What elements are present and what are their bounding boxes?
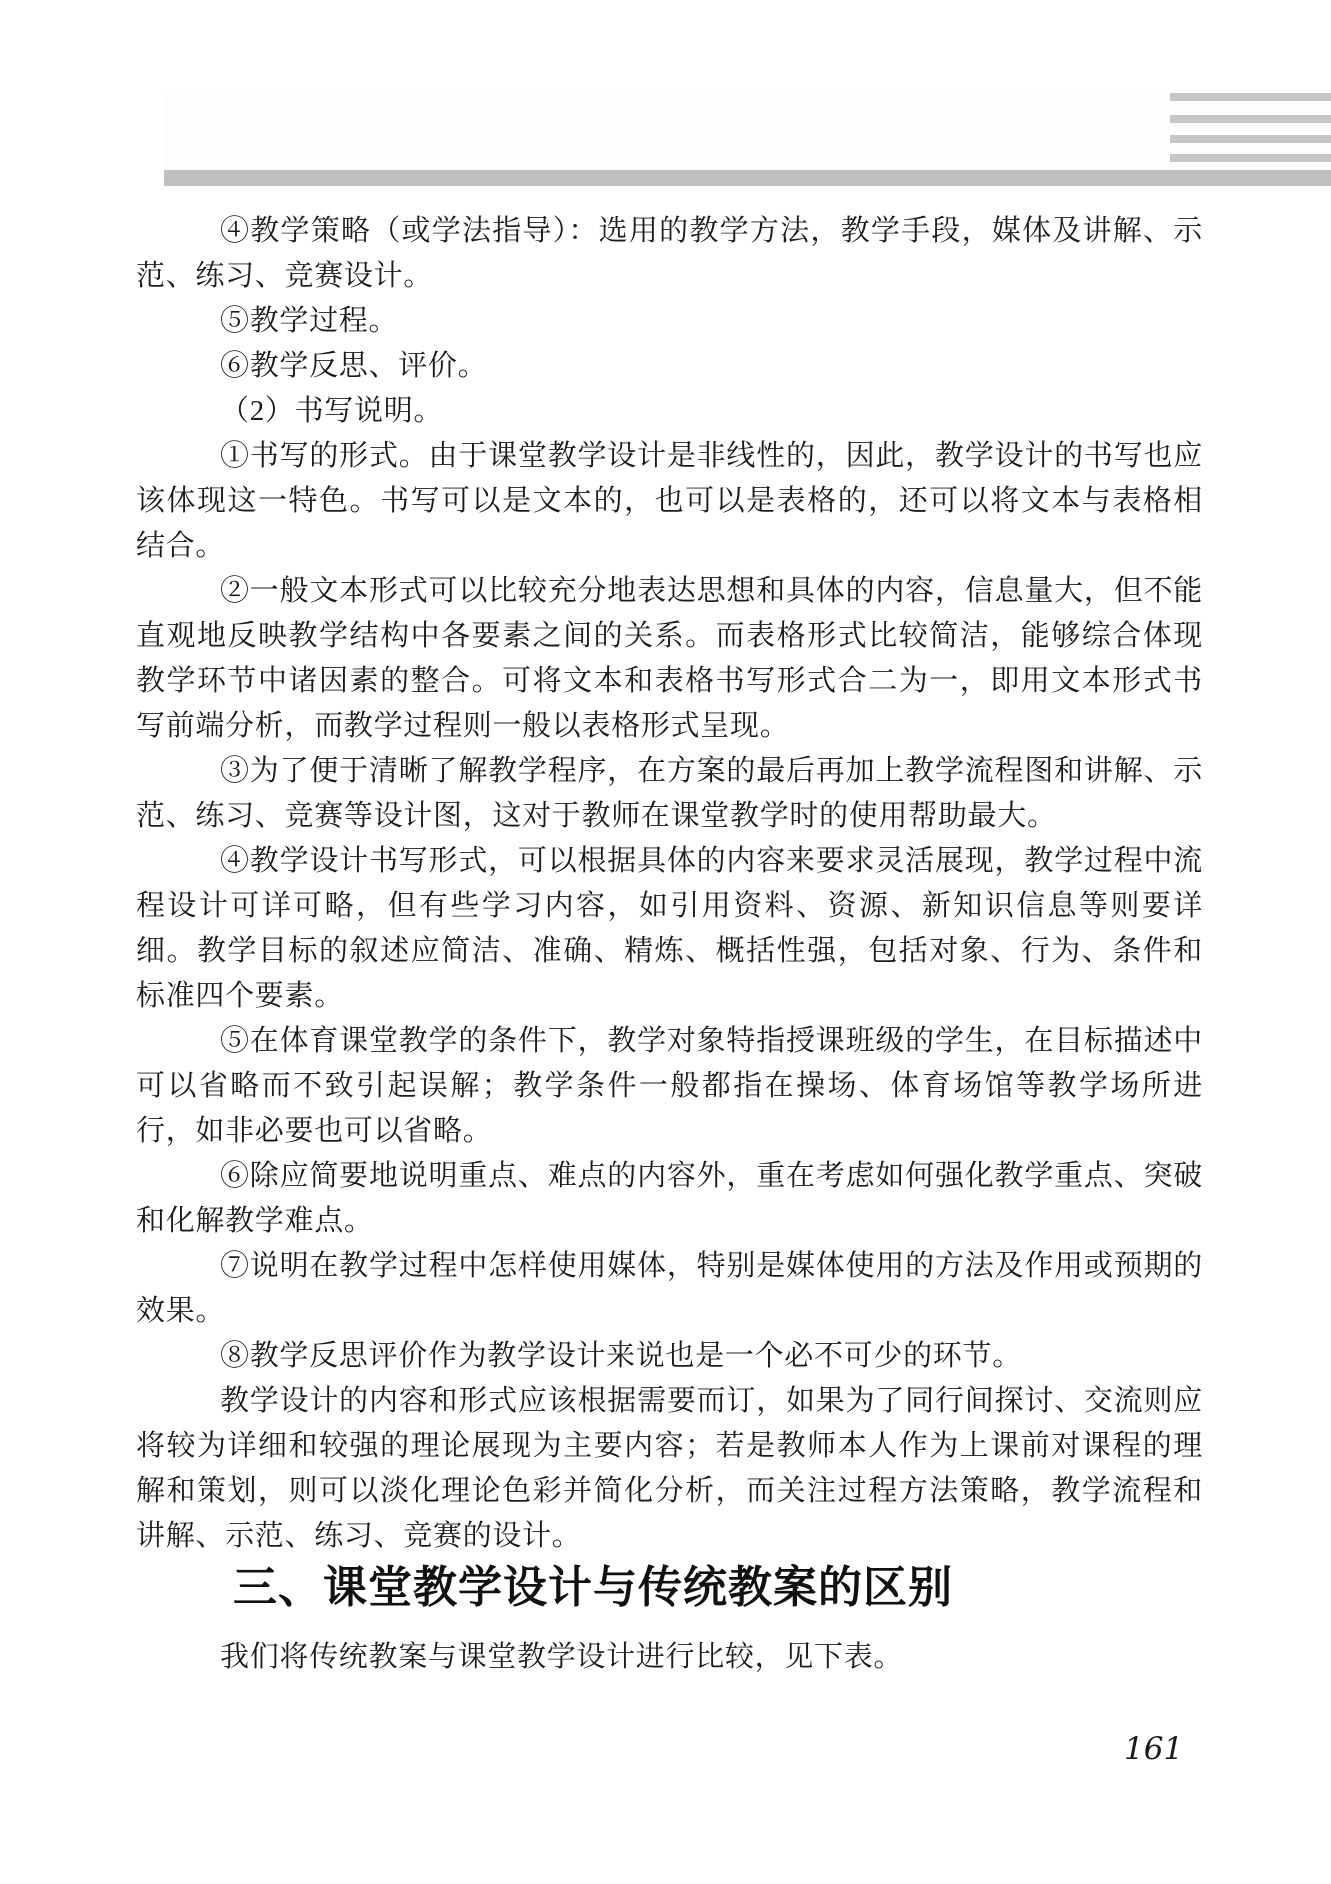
header-stripe-3 xyxy=(1170,135,1331,143)
page-body: ④教学策略（或学法指导）：选用的教学方法，教学手段，媒体及讲解、示范、练习、竞赛… xyxy=(136,209,1203,1559)
body-paragraph: ②一般文本形式可以比较充分地表达思想和具体的内容，信息量大，但不能直观地反映教学… xyxy=(136,569,1203,749)
body-paragraph: ⑤教学过程。 xyxy=(136,299,1203,344)
body-paragraph: ③为了便于清晰了解教学程序，在方案的最后再加上教学流程图和讲解、示范、练习、竞赛… xyxy=(136,749,1203,839)
body-paragraph: ⑤在体育课堂教学的条件下，教学对象特指授课班级的学生，在目标描述中可以省略而不致… xyxy=(136,1019,1203,1154)
body-paragraph: ④教学设计书写形式，可以根据具体的内容来要求灵活展现，教学过程中流程设计可详可略… xyxy=(136,839,1203,1019)
body-paragraph: ⑥教学反思、评价。 xyxy=(136,344,1203,389)
header-stripe-4 xyxy=(1170,154,1331,162)
body-paragraph: （2）书写说明。 xyxy=(136,389,1203,434)
header-light-panel xyxy=(164,94,1331,170)
page-number: 161 xyxy=(1124,1731,1183,1767)
section-heading: 三、课堂教学设计与传统教案的区别 xyxy=(233,1558,953,1618)
body-paragraph: ①书写的形式。由于课堂教学设计是非线性的，因此，教学设计的书写也应该体现这一特色… xyxy=(136,434,1203,569)
body-paragraph: ⑥除应简要地说明重点、难点的内容外，重在考虑如何强化教学重点、突破和化解教学难点… xyxy=(136,1154,1203,1244)
body-paragraph: ④教学策略（或学法指导）：选用的教学方法，教学手段，媒体及讲解、示范、练习、竞赛… xyxy=(136,209,1203,299)
document-page: ④教学策略（或学法指导）：选用的教学方法，教学手段，媒体及讲解、示范、练习、竞赛… xyxy=(0,0,1331,1884)
body-paragraph: 教学设计的内容和形式应该根据需要而订，如果为了同行间探讨、交流则应将较为详细和较… xyxy=(136,1379,1203,1559)
body-paragraph: ⑧教学反思评价作为教学设计来说也是一个必不可少的环节。 xyxy=(136,1334,1203,1379)
header-stripe-2 xyxy=(1170,115,1331,123)
header-rule-bar xyxy=(164,170,1331,186)
body-paragraph: ⑦说明在教学过程中怎样使用媒体，特别是媒体使用的方法及作用或预期的效果。 xyxy=(136,1244,1203,1334)
closing-paragraph: 我们将传统教案与课堂教学设计进行比较，见下表。 xyxy=(136,1635,1203,1680)
header-stripe-1 xyxy=(1170,93,1331,101)
